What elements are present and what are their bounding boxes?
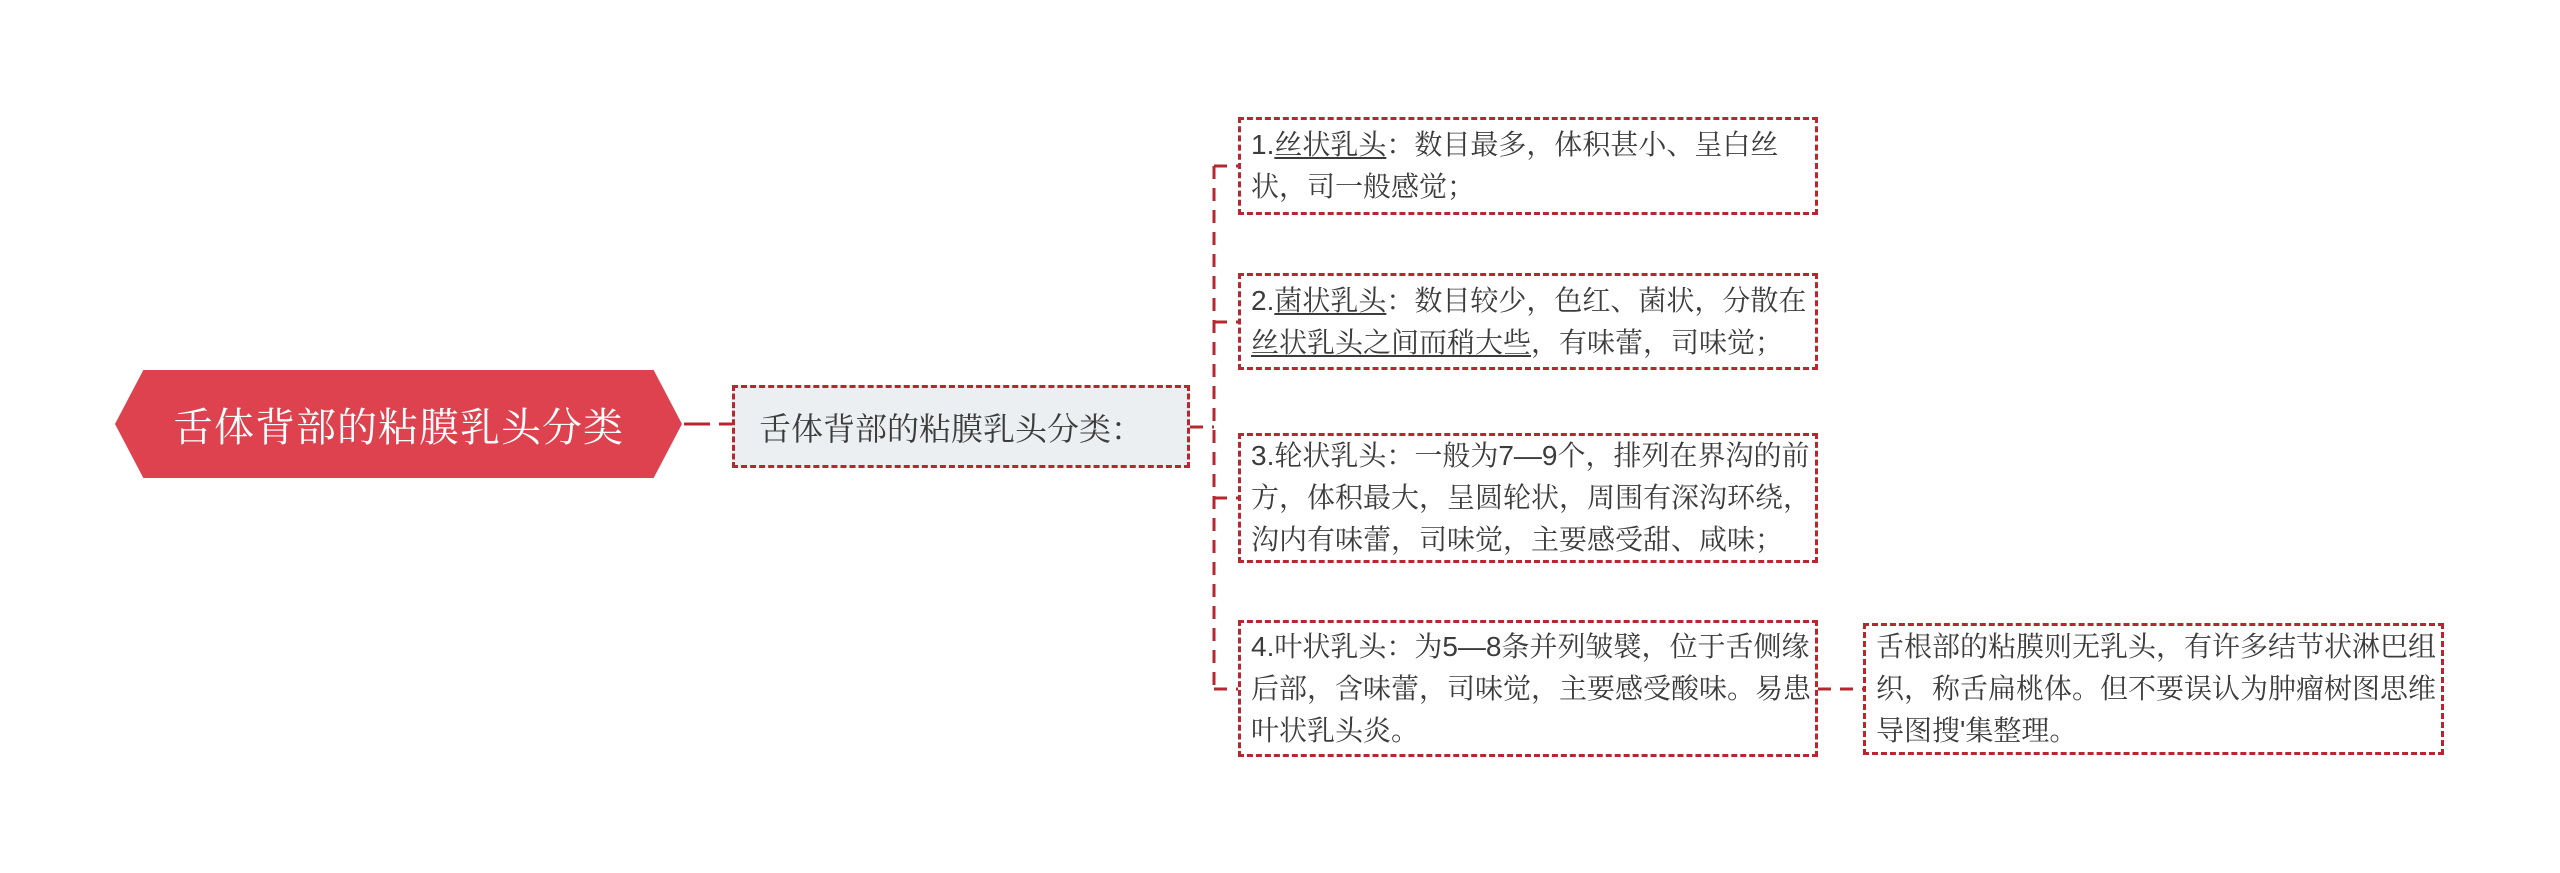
branch-text: 3.轮状乳头：一般为7—9个，排列在界沟的前方，体积最大，呈圆轮状，周围有深沟环… [1251, 435, 1811, 561]
branch-box-fungiform-papillae[interactable]: 2.菌状乳头：数目较少，色红、菌状，分散在丝状乳头之间而稍大些，有味蕾，司味觉； [1238, 273, 1818, 370]
root-topic-label: 舌体背部的粘膜乳头分类 [173, 396, 624, 453]
note-text: 舌根部的粘膜则无乳头，有许多结节状淋巴组织，称舌扁桃体。但不要误认为肿瘤树图思维… [1876, 626, 2437, 752]
note-box-tongue-root[interactable]: 舌根部的粘膜则无乳头，有许多结节状淋巴组织，称舌扁桃体。但不要误认为肿瘤树图思维… [1863, 623, 2444, 755]
central-topic-box[interactable]: 舌体背部的粘膜乳头分类： [732, 385, 1190, 468]
root-topic-node[interactable]: 舌体背部的粘膜乳头分类 [115, 370, 682, 478]
branch-text: 2.菌状乳头：数目较少，色红、菌状，分散在丝状乳头之间而稍大些，有味蕾，司味觉； [1251, 280, 1811, 364]
branch-box-foliate-papillae[interactable]: 4.叶状乳头：为5—8条并列皱襞，位于舌侧缘后部，含味蕾，司味觉，主要感受酸味。… [1238, 620, 1818, 757]
branch-box-circumvallate-papillae[interactable]: 3.轮状乳头：一般为7—9个，排列在界沟的前方，体积最大，呈圆轮状，周围有深沟环… [1238, 433, 1818, 563]
branch-text: 1.丝状乳头：数目最多，体积甚小、呈白丝状，司一般感觉； [1251, 124, 1811, 208]
branch-text: 4.叶状乳头：为5—8条并列皱襞，位于舌侧缘后部，含味蕾，司味觉，主要感受酸味。… [1251, 626, 1811, 752]
central-topic-label: 舌体背部的粘膜乳头分类： [759, 404, 1143, 450]
mind-map-canvas: 舌体背部的粘膜乳头分类 舌体背部的粘膜乳头分类： 1.丝状乳头：数目最多，体积甚… [0, 0, 2560, 873]
branch-box-filiform-papillae[interactable]: 1.丝状乳头：数目最多，体积甚小、呈白丝状，司一般感觉； [1238, 117, 1818, 215]
